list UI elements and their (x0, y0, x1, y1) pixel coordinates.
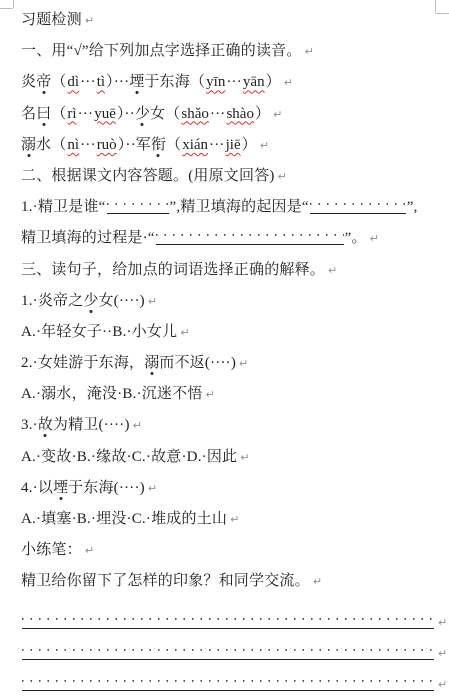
pinyin-spellcheck-run: rì (66, 106, 77, 122)
emphasis-dotted-char: 衔 (151, 133, 166, 154)
text-run: ） (242, 137, 257, 153)
paragraph-mark-icon: ↵ (206, 388, 215, 401)
paragraph-mark-icon: ↵ (239, 357, 248, 370)
text-run: 3.· (21, 417, 38, 433)
text-run: ··· (209, 137, 225, 153)
text-run: 4.·以 (21, 480, 53, 496)
text-run: 精卫填海的过程是·“ (21, 230, 155, 246)
text-run: ”。 (345, 230, 367, 246)
text-run: 名 (21, 106, 36, 122)
emphasis-dotted-char: 故 (38, 413, 53, 434)
text-run: 习题检测 (21, 12, 82, 28)
paragraph-mark-icon: ↵ (85, 544, 94, 557)
text-boundary-crop-mark-top-left (13, 0, 14, 8)
text-run: 女（ (150, 106, 180, 122)
emphasis-dotted-char: 少 (135, 102, 150, 123)
pinyin-item-yandi-yin: 炎帝（dì···tì）···堙于东海（yīn···yān）↵ (21, 67, 443, 98)
document-body[interactable]: 习题检测↵一、用“√”给下列加点字选择正确的读音。↵炎帝（dì···tì）···… (21, 5, 443, 696)
answer-line-1: ↵ (21, 607, 443, 638)
answer-blank[interactable] (156, 228, 344, 245)
emphasis-dotted-char: 溺 (21, 133, 36, 154)
text-run: A.·溺水，淹没·B.·沉迷不悟 (21, 386, 203, 402)
text-boundary-crop-mark-top-left (0, 8, 13, 9)
text-run: 精卫给你留下了怎样的印象？和同学交流。 (21, 573, 310, 589)
text-run: 为精卫(····) (53, 417, 130, 433)
word-document-page[interactable]: { "meta": { "colors": { "text": "#212121… (0, 0, 449, 696)
answer-line-2: ↵ (21, 638, 443, 669)
text-run: 一、用“√”给下列加点字选择正确的读音。 (21, 43, 302, 59)
q2-fill-line-1: 1.·精卫是谁“”,精卫填海的起因是“”, (21, 192, 443, 223)
text-run: A.·变故·B.·缘故·C.·故意·D.·因此 (21, 449, 237, 465)
emphasis-dotted-char: 曰 (36, 102, 51, 123)
q3-item-4-options: A.·填塞·B.·埋没·C.·堆成的土山↵ (21, 504, 443, 535)
doc-title: 习题检测↵ (21, 5, 443, 36)
text-run: （ (51, 106, 66, 122)
pinyin-spellcheck-run: jiē (225, 137, 242, 153)
pinyin-item-nishui-junxian: 溺水（nì···ruò）··军衔（xián···jiē）↵ (21, 130, 443, 161)
text-run: 于东海(····) (68, 480, 145, 496)
text-run: ） (255, 106, 270, 122)
text-run: ）·· (117, 106, 135, 122)
text-run: 1.·炎帝之 (21, 293, 83, 309)
answer-blank[interactable] (107, 197, 169, 214)
text-run: （ (166, 137, 181, 153)
paragraph-mark-icon: ↵ (148, 482, 157, 495)
text-run: ） (266, 74, 281, 90)
q3-item-3: 3.·故为精卫(····)↵ (21, 410, 443, 441)
paragraph-mark-icon: ↵ (85, 14, 94, 27)
text-run: A.·年轻女子··B.·小女儿 (21, 324, 177, 340)
answer-blank[interactable] (22, 612, 434, 629)
q3-item-2: 2.·女娃游于东海，溺而不返(····)↵ (21, 348, 443, 379)
paragraph-mark-icon: ↵ (438, 616, 447, 629)
practice-prompt: 精卫给你留下了怎样的印象？和同学交流。↵ (21, 566, 443, 597)
pinyin-spellcheck-run: tì (96, 74, 106, 90)
text-run: ）··军 (118, 137, 151, 153)
section-3-heading: 三、读句子，给加点的词语选择正确的解释。↵ (21, 255, 443, 286)
answer-blank[interactable] (22, 643, 434, 660)
answer-blank[interactable] (310, 197, 406, 214)
pinyin-spellcheck-run: shǎo (180, 106, 210, 122)
text-run: 水（ (36, 137, 66, 153)
answer-blank[interactable] (22, 674, 434, 691)
answer-line-3: ↵ (21, 669, 443, 696)
text-run: 女(····) (98, 293, 144, 309)
paragraph-mark-icon: ↵ (240, 451, 249, 464)
text-run: ··· (78, 106, 94, 122)
text-run: 2.·女娃游于东海， (21, 355, 144, 371)
text-run: ··· (80, 74, 96, 90)
paragraph-mark-icon: ↵ (278, 170, 287, 183)
text-run: 小练笔： (21, 542, 82, 558)
emphasis-dotted-char: 堙 (129, 70, 144, 91)
pinyin-spellcheck-run: yīn (205, 74, 226, 90)
emphasis-dotted-char: 堙 (53, 476, 68, 497)
paragraph-mark-icon: ↵ (133, 419, 142, 432)
emphasis-dotted-char: 溺 (144, 351, 159, 372)
text-run: 二、根据课文内容答题。(用原文回答) (21, 168, 275, 184)
text-run: ）··· (106, 74, 129, 90)
section-2-heading: 二、根据课文内容答题。(用原文回答)↵ (21, 161, 443, 192)
paragraph-mark-icon: ↵ (273, 108, 282, 121)
text-run: ··· (210, 106, 226, 122)
text-run: ”, (407, 199, 418, 215)
text-run: 而不返(····) (159, 355, 236, 371)
text-run: 炎 (21, 74, 36, 90)
paragraph-mark-icon: ↵ (305, 45, 314, 58)
text-run: 1.·精卫是谁“ (21, 199, 106, 215)
section-1-heading: 一、用“√”给下列加点字选择正确的读音。↵ (21, 36, 443, 67)
q3-item-1-options: A.·年轻女子··B.·小女儿↵ (21, 317, 443, 348)
pinyin-spellcheck-run: yān (242, 74, 266, 90)
paragraph-mark-icon: ↵ (148, 295, 157, 308)
text-run: A.·填塞·B.·埋没·C.·堆成的土山 (21, 511, 227, 527)
pinyin-spellcheck-run: xián (181, 137, 209, 153)
practice-heading: 小练笔：↵ (21, 535, 443, 566)
paragraph-mark-icon: ↵ (328, 264, 337, 277)
emphasis-dotted-char: 帝 (36, 70, 51, 91)
paragraph-mark-icon: ↵ (438, 678, 447, 691)
text-run: ”,精卫填海的起因是“ (170, 199, 309, 215)
q2-fill-line-2: 精卫填海的过程是·“”。↵ (21, 223, 443, 254)
pinyin-spellcheck-run: shào (225, 106, 255, 122)
paragraph-mark-icon: ↵ (438, 647, 447, 660)
paragraph-mark-icon: ↵ (260, 139, 269, 152)
pinyin-spellcheck-run: dì (66, 74, 80, 90)
pinyin-spellcheck-run: nì (66, 137, 80, 153)
text-run: ··· (226, 74, 242, 90)
q3-item-3-options: A.·变故·B.·缘故·C.·故意·D.·因此↵ (21, 442, 443, 473)
paragraph-mark-icon: ↵ (284, 76, 293, 89)
paragraph-mark-icon: ↵ (180, 326, 189, 339)
pinyin-spellcheck-run: yuē (93, 106, 117, 122)
pinyin-item-mingyue-shaonv: 名曰（rì···yuē）··少女（shǎo···shào）↵ (21, 99, 443, 130)
q3-item-2-options: A.·溺水，淹没·B.·沉迷不悟↵ (21, 379, 443, 410)
paragraph-mark-icon: ↵ (313, 575, 322, 588)
text-run: ··· (80, 137, 96, 153)
text-run: （ (51, 74, 66, 90)
q3-item-1: 1.·炎帝之少女(····)↵ (21, 286, 443, 317)
paragraph-mark-icon: ↵ (370, 232, 379, 245)
text-run: 三、读句子，给加点的词语选择正确的解释。 (21, 262, 325, 278)
text-run: 于东海（ (144, 74, 205, 90)
q3-item-4: 4.·以堙于东海(····)↵ (21, 473, 443, 504)
paragraph-mark-icon: ↵ (230, 513, 239, 526)
emphasis-dotted-char: 少 (83, 289, 98, 310)
pinyin-spellcheck-run: ruò (96, 137, 118, 153)
